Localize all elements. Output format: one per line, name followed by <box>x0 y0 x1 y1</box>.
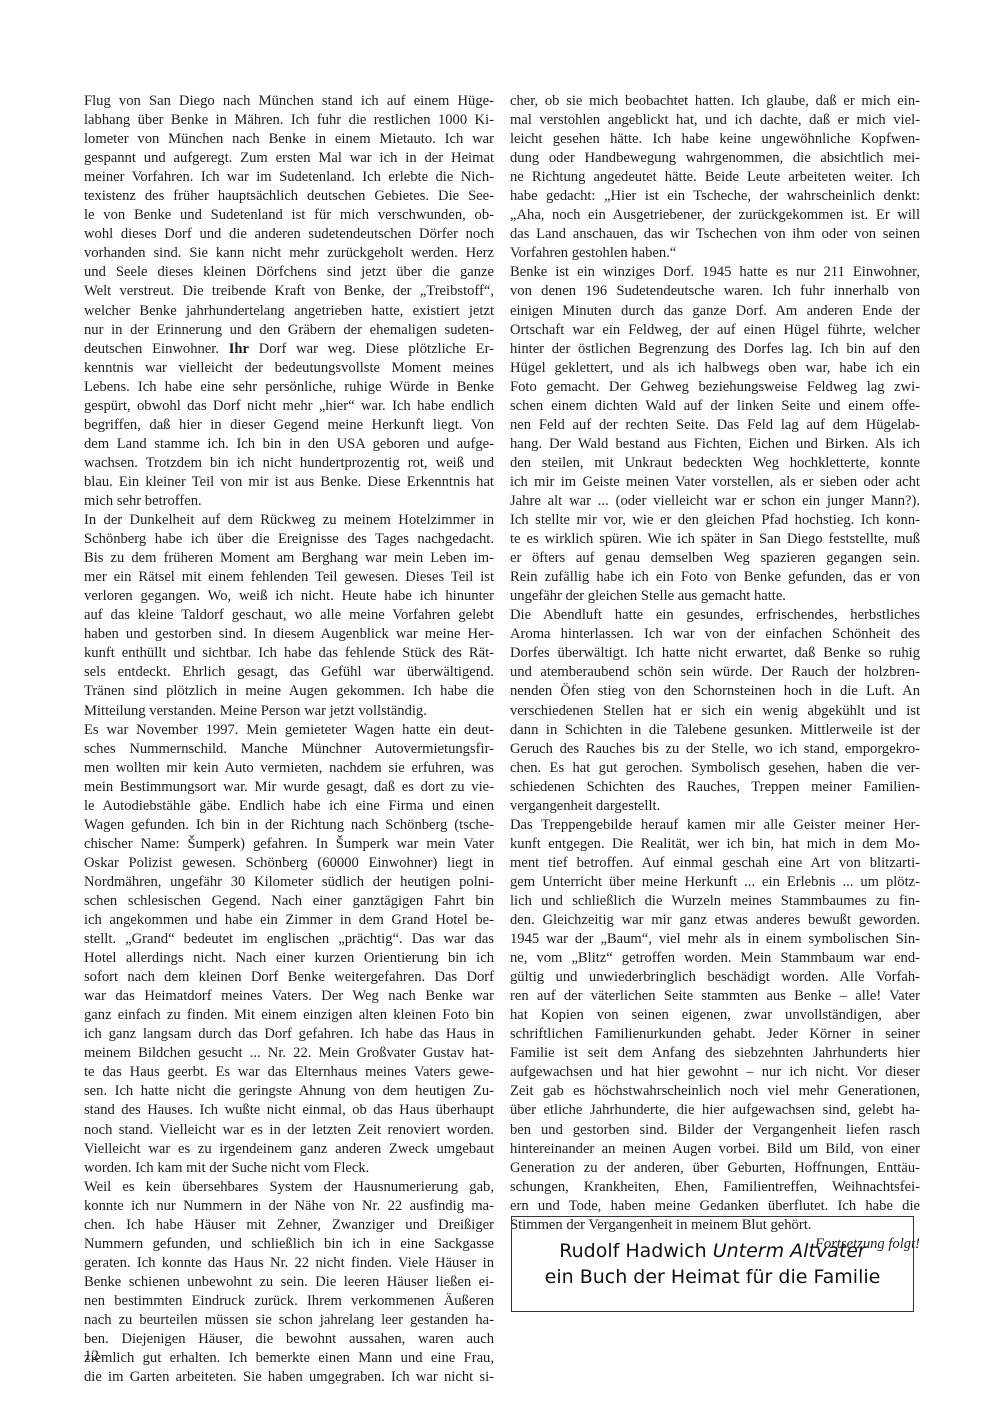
text-line: ment tief betroffen. Auf einmal geschah … <box>510 854 920 873</box>
text-line: von denen 196 Sudetendeutsche waren. Ich… <box>510 282 920 301</box>
text-line: ren auf der väterlichen Seite stammten a… <box>510 987 920 1006</box>
text-line: begriffen, daß hier in dieser Gegend mei… <box>84 416 494 435</box>
text-line: Lebens. Ich habe eine sehr persönliche, … <box>84 378 494 397</box>
text-line: Hotel allerdings nicht. Nach einer kurze… <box>84 949 494 968</box>
text-line: Ich stellte mir vor, wie er den gleichen… <box>510 511 920 530</box>
text-line: dung oder Handbewegung wahrgenommen, die… <box>510 149 920 168</box>
text-line: stand des Hauses. Ich wußte nicht einmal… <box>84 1101 494 1120</box>
text-line: ungefähr der gleichen Stelle aus gemacht… <box>510 587 920 606</box>
text-line: Vielleicht war es zu irgendeinem ganz an… <box>84 1140 494 1159</box>
text-line: Geruch des Rauches bis zu der Stelle, wo… <box>510 740 920 759</box>
advert-line-1: Rudolf Hadwich Unterm Altvater <box>559 1238 865 1264</box>
text-line: welcher Benke jahrhundertelang angetrieb… <box>84 302 494 321</box>
text-line: kunft entgegen. Die Realität, wer ich bi… <box>510 835 920 854</box>
text-line: ich ganz langsam durch das Dorf gefahren… <box>84 1025 494 1044</box>
text-line: gespannt und aufgeregt. Zum ersten Mal w… <box>84 149 494 168</box>
book-advert-box: Rudolf Hadwich Unterm Altvater ein Buch … <box>511 1216 914 1312</box>
paragraph: Die Abendluft hatte ein gesundes, erfris… <box>510 606 920 816</box>
text-line: In der Dunkelheit auf dem Rückweg zu mei… <box>84 511 494 530</box>
text-line: sels entdeckt. Ehrlich gesagt, das Gefüh… <box>84 663 494 682</box>
text-line: mein Bestimmungsort war. Mir wurde gesag… <box>84 778 494 797</box>
text-line: mich sehr betroffen. <box>84 492 494 511</box>
text-line: hinter der östlichen Begrenzung des Dorf… <box>510 340 920 359</box>
text-line: texistenz des früher hauptsächlich deuts… <box>84 187 494 206</box>
text-line: wachsen. Trotzdem bin ich nicht hundertp… <box>84 454 494 473</box>
paragraph: In der Dunkelheit auf dem Rückweg zu mei… <box>84 511 494 721</box>
text-line: lich und schließlich die Wurzeln meines … <box>510 892 920 911</box>
text-line: sches Nummernschild. Manche Münchner Aut… <box>84 740 494 759</box>
text-line: auf das kleine Taldorf geschaut, wo alle… <box>84 606 494 625</box>
text-line: Wagen gefunden. Ich bin in der Richtung … <box>84 816 494 835</box>
text-line: gem Unterricht über meine Herkunft ... e… <box>510 873 920 892</box>
text-line: schen schlesischen Gegend. Nach einer ga… <box>84 892 494 911</box>
text-line: Die Abendluft hatte ein gesundes, erfris… <box>510 606 920 625</box>
text-line: labhang über Benke in Mähren. Ich fuhr d… <box>84 111 494 130</box>
text-line: worden. Ich kam mit der Suche nicht vom … <box>84 1159 494 1178</box>
text-line: lometer von München nach Benke in einem … <box>84 130 494 149</box>
text-line: vergangenheit dargestellt. <box>510 797 920 816</box>
text-line: mer ein Rätsel mit einem fehlenden Teil … <box>84 568 494 587</box>
text-line: schungen, Krankheiten, Ehen, Familientre… <box>510 1178 920 1197</box>
text-line: nen bestimmten Eindruck zurück. Ihrem ve… <box>84 1292 494 1311</box>
text-line: le von Benke und Sudetenland ist für mic… <box>84 206 494 225</box>
text-line: haben und gestorben sind. In diesem Auge… <box>84 625 494 644</box>
text-line: Tränen sind plötzlich in meine Augen gek… <box>84 682 494 701</box>
text-line: dem Land stamme ich. Ich bin in den USA … <box>84 435 494 454</box>
paragraph: Flug von San Diego nach München stand ic… <box>84 92 494 511</box>
text-line: chen. Es hat gut gerochen. Symbolisch ge… <box>510 759 920 778</box>
text-line: men wollten mir kein Auto vermieten, nac… <box>84 759 494 778</box>
text-line: kenntnis war vielleicht der bedeutungsvo… <box>84 359 494 378</box>
page-number: 12 <box>84 1348 99 1365</box>
text-line: dann in Schichten in die Talebene gesunk… <box>510 721 920 740</box>
text-line: hat Kopien von seinen eigenen, zwar unvo… <box>510 1006 920 1025</box>
text-line: meiner Vorfahren. Ich war im Sudetenland… <box>84 168 494 187</box>
text-line: aufgewachsen und hat hier gewohnt – nur … <box>510 1063 920 1082</box>
text-line: noch stand. Vielleicht war es in der let… <box>84 1121 494 1140</box>
text-line: Flug von San Diego nach München stand ic… <box>84 92 494 111</box>
paragraph: Weil es kein übersehbares System der Hau… <box>84 1178 494 1388</box>
text-line: vorhanden sind. Sie kann nicht mehr zurü… <box>84 244 494 263</box>
advert-author: Rudolf Hadwich <box>559 1240 706 1262</box>
advert-tagline: ein Buch der Heimat für die Familie <box>545 1264 881 1290</box>
text-line: Das Treppengebilde herauf kamen mir alle… <box>510 816 920 835</box>
text-line: nen Feld auf der rechten Seite. Das Feld… <box>510 416 920 435</box>
text-line: und Seele dieses kleinen Dörfchens sind … <box>84 263 494 282</box>
text-line: den. Gleichzeitig war mir ganz etwas and… <box>510 911 920 930</box>
text-line: Weil es kein übersehbares System der Hau… <box>84 1178 494 1197</box>
text-line: cher, ob sie mich beobachtet hatten. Ich… <box>510 92 920 111</box>
paragraph: Das Treppengebilde herauf kamen mir alle… <box>510 816 920 1235</box>
text-line: ben und gestorben sind. Bilder der Verga… <box>510 1121 920 1140</box>
text-line: nach zu beurteilen müssen sie schon jahr… <box>84 1311 494 1330</box>
text-line: sofort nach dem kleinen Dorf Benke weite… <box>84 968 494 987</box>
text-line: Mitteilung verstanden. Meine Person war … <box>84 702 494 721</box>
text-line: Vorfahren gestohlen haben.“ <box>510 244 920 263</box>
paragraph: cher, ob sie mich beobachtet hatten. Ich… <box>510 92 920 263</box>
text-line: gültig und unwiederbringlich beschädigt … <box>510 968 920 987</box>
text-line: ich angekommen und habe ein Zimmer in de… <box>84 911 494 930</box>
text-line: schriftlichen Familienurkunden gehabt. J… <box>510 1025 920 1044</box>
paragraph: Benke ist ein winziges Dorf. 1945 hatte … <box>510 263 920 606</box>
text-line: schen einem dichten Wald auf der linken … <box>510 397 920 416</box>
text-line: ich mir im Geiste meinen Vater vorstelle… <box>510 473 920 492</box>
text-line: te das Haus geerbt. Es war das Elternhau… <box>84 1063 494 1082</box>
text-line: Schönberg habe ich über die Ereignisse d… <box>84 530 494 549</box>
text-line: Rein zufällig habe ich ein Foto von Benk… <box>510 568 920 587</box>
text-line: gespürt, obwohl das Dorf nicht mehr „hie… <box>84 397 494 416</box>
text-line: ben. Diejenigen Häuser, die bewohnt auss… <box>84 1330 494 1349</box>
text-line: Zeit gab es höchstwahrscheinlich noch vi… <box>510 1082 920 1101</box>
text-line: ziemlich gut erhalten. Ich bemerkte eine… <box>84 1349 494 1368</box>
text-line: hang. Der Wald bestand aus Fichten, Eich… <box>510 435 920 454</box>
text-line: Bis zu dem früheren Moment am Berghang w… <box>84 549 494 568</box>
article-column-left: Flug von San Diego nach München stand ic… <box>84 92 494 1387</box>
advert-book-title: Unterm Altvater <box>713 1240 866 1262</box>
text-line: nenden Öfen stieg von den Schornsteinen … <box>510 682 920 701</box>
text-line: nur in der Erinnerung und den Gräbern de… <box>84 321 494 340</box>
text-line: Dorfes überwältigt. Ich hatte nicht erwa… <box>510 644 920 663</box>
article-column-right: cher, ob sie mich beobachtet hatten. Ich… <box>510 92 920 1254</box>
text-line: das Land anschauen, das wir Tschechen vo… <box>510 225 920 244</box>
text-line: war das Heimatdorf meines Vaters. Der We… <box>84 987 494 1006</box>
text-line: mal verstohlen angeblickt hat, und ich d… <box>510 111 920 130</box>
text-line: Benke schienen unbewohnt zu sein. Die le… <box>84 1273 494 1292</box>
text-line: Hügel geklettert, und als ich halbwegs o… <box>510 359 920 378</box>
text-line: sen. Ich hatte nicht die geringste Ahnun… <box>84 1082 494 1101</box>
text-line: ern und Tode, haben meine Gedanken überf… <box>510 1197 920 1216</box>
text-line: verschiedenen Stellen hat er sich ein we… <box>510 702 920 721</box>
text-line: einigen Minuten durch das ganze Dorf. Am… <box>510 302 920 321</box>
text-line: ne, vom „Blitz“ getroffen worden. Mein S… <box>510 949 920 968</box>
text-line: Jahre alt war ... (oder vielleicht war e… <box>510 492 920 511</box>
text-line: Foto gemacht. Der Gehweg beziehungsweise… <box>510 378 920 397</box>
text-line: Benke ist ein winziges Dorf. 1945 hatte … <box>510 263 920 282</box>
text-line: die im Garten arbeiteten. Sie haben umge… <box>84 1368 494 1387</box>
text-line: stellt. „Grand“ bedeutet im englischen „… <box>84 930 494 949</box>
paragraph: Es war November 1997. Mein gemieteter Wa… <box>84 721 494 1178</box>
text-line: über etliche Jahrhunderte, die hier aufg… <box>510 1101 920 1120</box>
text-line: Oskar Polizist gewesen. Schönberg (60000… <box>84 854 494 873</box>
text-line: ne Richtung angedeutet hätte. Beide Leut… <box>510 168 920 187</box>
text-line: Familie ist seit dem Anfang des siebzehn… <box>510 1044 920 1063</box>
text-line: leicht gesehen hätte. Ich habe keine ung… <box>510 130 920 149</box>
text-line: er öfters auf genau demselben Weg spazie… <box>510 549 920 568</box>
text-line: Nordmähren, ungefähr 30 Kilometer südlic… <box>84 873 494 892</box>
text-line: le Autodiebstähle gäbe. Endlich habe ich… <box>84 797 494 816</box>
text-line: chen. Ich habe Häuser mit Zehner, Zwanzi… <box>84 1216 494 1235</box>
text-line: Generation zu der anderen, über Geburten… <box>510 1159 920 1178</box>
text-line: Ortschaft war ein Feldweg, der auf einen… <box>510 321 920 340</box>
text-line: Welt verstreut. Die treibende Kraft von … <box>84 282 494 301</box>
text-line: deutschen Einwohner. Ihr Dorf war weg. D… <box>84 340 494 359</box>
text-line: konnte ich nur Nummern in der Nähe von N… <box>84 1197 494 1216</box>
text-line: ganz einfach zu finden. Mit einem einzig… <box>84 1006 494 1025</box>
text-line: den steilen, mit Unkraut bedeckten Weg h… <box>510 454 920 473</box>
text-line: schiedenen Schichten des Rauches, Treppe… <box>510 778 920 797</box>
text-line: hintereinander an meinen Augen vorbei. B… <box>510 1140 920 1159</box>
text-line: „Aha, noch ein Ausgetriebener, der zurüc… <box>510 206 920 225</box>
text-line: meinem Bildchen gesucht ... Nr. 22. Mein… <box>84 1044 494 1063</box>
text-line: wohl dieses Dorf und die anderen sudeten… <box>84 225 494 244</box>
text-line: und atemberaubend schön sein würde. Der … <box>510 663 920 682</box>
text-line: Nummern gefunden, und schließlich bin ic… <box>84 1235 494 1254</box>
text-line: te es wirklich spüren. Wie ich später in… <box>510 530 920 549</box>
text-line: habe gedacht: „Hier ist ein Tscheche, de… <box>510 187 920 206</box>
text-line: Aroma hinterlassen. Ich war von der einf… <box>510 625 920 644</box>
text-line: kunft enthüllt und sichtbar. Ich habe da… <box>84 644 494 663</box>
text-line: blau. Ein kleiner Teil von mir ist aus B… <box>84 473 494 492</box>
text-line: Es war November 1997. Mein gemieteter Wa… <box>84 721 494 740</box>
text-line: chischer Name: Šumperk) gefahren. In Šum… <box>84 835 494 854</box>
text-line: verloren gegangen. Wo, weiß ich nicht. H… <box>84 587 494 606</box>
text-line: 1945 war der „Baum“, viel mehr als in ei… <box>510 930 920 949</box>
text-line: geraten. Ich konnte das Haus Nr. 22 nich… <box>84 1254 494 1273</box>
emphasis: Ihr <box>229 341 249 357</box>
